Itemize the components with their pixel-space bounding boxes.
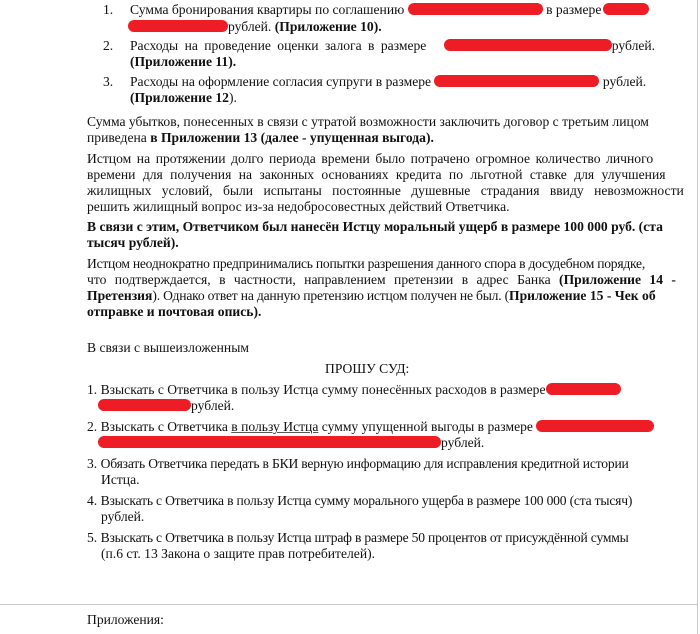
request-item-continued: (п.6 ст. 13 Закона о защите прав потреби… (101, 546, 375, 562)
redaction-mark (546, 383, 621, 395)
redaction-mark (98, 399, 191, 411)
attachments-heading: Приложения: (87, 612, 164, 628)
request-item: 1. Взыскать с Ответчика в пользу Истца с… (87, 382, 621, 398)
redaction-mark (98, 436, 441, 448)
list-item-continued: (Приложение 11). (130, 54, 236, 70)
redaction-mark (536, 420, 654, 432)
list-item-continued: рублей. (Приложение 10). (128, 19, 382, 35)
redaction-mark (408, 3, 543, 15)
list-item: Расходы на оформление согласия супруги в… (130, 74, 646, 90)
redaction-mark (603, 3, 649, 15)
request-item-continued: рублей. (98, 398, 234, 414)
request-item-continued: рублей. (101, 509, 144, 525)
request-heading: ПРОШУ СУД: (325, 361, 409, 377)
list-number: 3. (103, 74, 113, 90)
list-item: Расходы на проведение оценки залога в ра… (130, 38, 655, 54)
request-item: 4. Взыскать с Ответчика в пользу Истца с… (87, 493, 632, 509)
list-number: 1. (103, 2, 113, 18)
list-item: Сумма бронирования квартиры по соглашени… (130, 2, 649, 18)
conclusion-intro: В связи с вышеизложенным (87, 340, 249, 356)
redaction-mark (434, 75, 599, 87)
list-item-continued: (Приложение 12). (130, 90, 237, 106)
redaction-mark (128, 20, 228, 32)
request-item-continued: Истца. (101, 472, 140, 488)
request-item: 2. Взыскать с Ответчика в пользу Истца с… (87, 419, 654, 435)
redaction-mark (444, 39, 612, 51)
page-break (0, 604, 698, 605)
request-item: 3. Обязать Ответчика передать в БКИ верн… (87, 456, 629, 472)
request-item: 5. Взыскать с Ответчика в пользу Истца ш… (87, 530, 629, 546)
page-border (697, 0, 698, 634)
list-number: 2. (103, 38, 113, 54)
request-item-continued: рублей. (98, 435, 484, 451)
